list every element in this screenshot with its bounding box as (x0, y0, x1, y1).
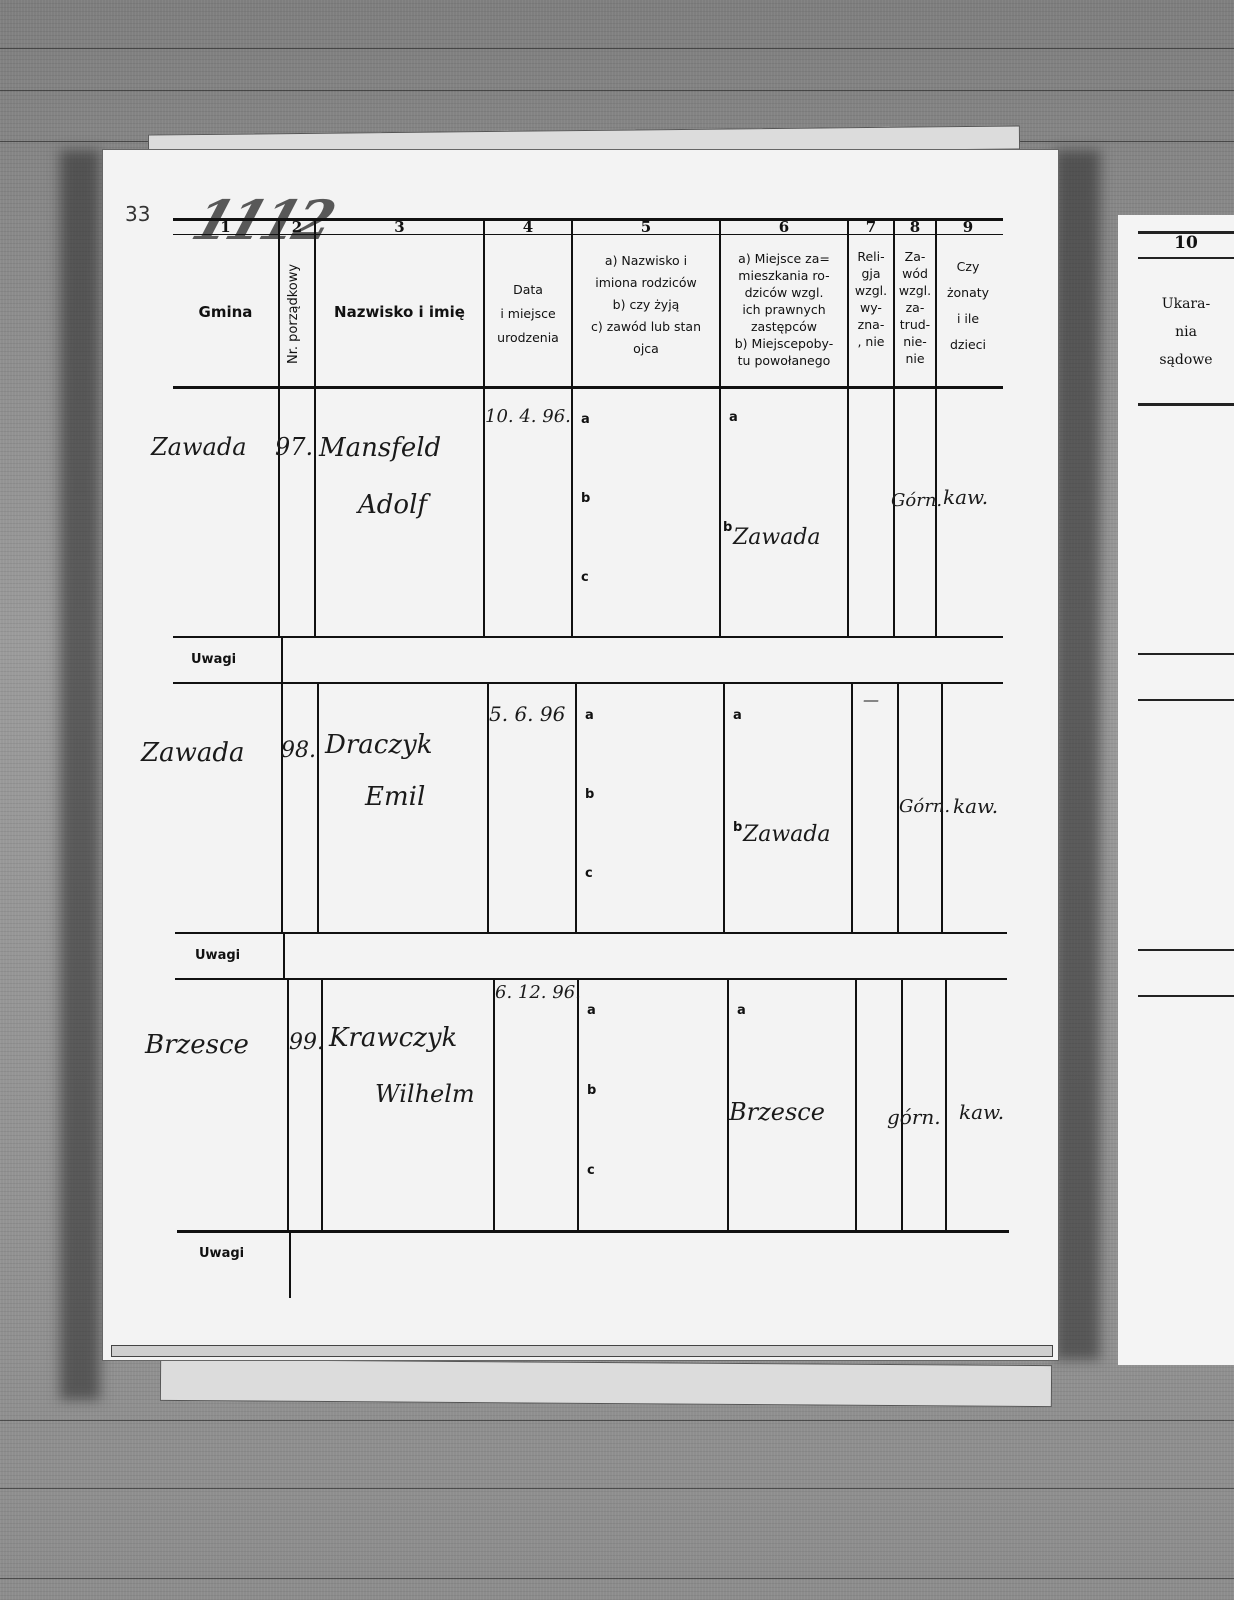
header-text: urodzenia (485, 326, 571, 350)
column-rule (723, 684, 725, 932)
header-text: Data (485, 278, 571, 302)
remarks-rule (289, 1230, 291, 1298)
header-text: mieszkania ro- (721, 267, 847, 284)
column-rule (847, 220, 849, 636)
header-nr: Nr. porządkowy (286, 254, 304, 364)
column-number-10: 10 (1138, 233, 1234, 253)
header-text: wzgl. (849, 282, 893, 299)
entry-residence-b: Zawada (733, 525, 821, 550)
column-rule (493, 980, 495, 1230)
entry-married: kaw. (959, 1100, 1004, 1124)
sub-letter-a: a (587, 1003, 596, 1018)
column-number-2: 2 (280, 218, 314, 236)
header-married: Czy żonaty i ile dzieci (937, 254, 999, 358)
header-text: trud- (895, 316, 935, 333)
entry-given-name: Emil (365, 782, 425, 812)
header-text: nie- (895, 333, 935, 350)
header-text: i ile (937, 306, 999, 332)
header-text: żonaty (937, 280, 999, 306)
row-rule (175, 932, 1007, 934)
column-rule (893, 220, 895, 636)
remarks-rule (281, 636, 283, 684)
header-text: zastępców (721, 318, 847, 335)
page-shadow (1055, 150, 1100, 1360)
column-rule (287, 980, 289, 1230)
header-text: Ukara- (1138, 290, 1234, 318)
header-text: , nie (849, 333, 893, 350)
header-text: wód (895, 265, 935, 282)
header-text: Za- (895, 248, 935, 265)
header-text: i miejsce (485, 302, 571, 326)
header-text: wy- (849, 299, 893, 316)
header-text: zna- (849, 316, 893, 333)
column-number-3: 3 (316, 218, 483, 236)
column-rule (855, 980, 857, 1230)
register-page: 33 1112 1 2 3 4 5 6 7 8 9 Gmina Nr. porz… (103, 150, 1058, 1360)
entry-occupation: górn. (887, 1105, 941, 1129)
header-text: b) czy żyją (573, 294, 719, 316)
entry-gmina: Brzesce (145, 1030, 249, 1060)
page-bottom-edge (111, 1345, 1053, 1357)
header-text: tu powołanego (721, 352, 847, 369)
column-number-1: 1 (173, 218, 278, 236)
header-rule (1138, 403, 1234, 406)
column-number-4: 4 (485, 218, 571, 236)
row-rule (175, 978, 1007, 980)
sub-letter-a: a (581, 412, 590, 427)
page-shadow (60, 150, 100, 1400)
sub-letter-b: b (587, 1083, 596, 1098)
header-text: dziców wzgl. (721, 284, 847, 301)
sub-letter-a: a (733, 708, 742, 723)
column-rule (317, 684, 319, 932)
entry-gmina: Zawada (141, 738, 244, 768)
header-occupation: Za- wód wzgl. za- trud- nie- nie (895, 248, 935, 367)
entry-occupation: Górn. (899, 796, 950, 817)
remarks-label: Uwagi (195, 948, 240, 963)
entry-surname: Mansfeld (319, 433, 441, 463)
entry-married: kaw. (953, 794, 998, 818)
entry-nr: 97. (275, 433, 313, 461)
entry-birth-date: 6. 12. 96. (495, 982, 581, 1003)
entry-married: kaw. (943, 485, 988, 509)
remarks-label: Uwagi (191, 652, 236, 667)
entry-gmina: Zawada (151, 433, 247, 461)
entry-residence-b: Zawada (743, 822, 831, 847)
column-rule (281, 684, 283, 932)
header-text: Reli- (849, 248, 893, 265)
row-rule (177, 1230, 1009, 1233)
column-number-7: 7 (849, 218, 893, 236)
header-text: ich prawnych (721, 301, 847, 318)
header-text: b) Miejscepoby- (721, 335, 847, 352)
header-text: za- (895, 299, 935, 316)
entry-birth-date: 5. 6. 96 (489, 702, 565, 726)
column-number-9: 9 (937, 218, 999, 236)
entry-religion: — (863, 690, 879, 709)
column-number-6: 6 (721, 218, 847, 236)
entry-occupation: Górn. (891, 490, 942, 511)
header-religion: Reli- gja wzgl. wy- zna- , nie (849, 248, 893, 350)
sub-letter-b: b (581, 491, 590, 506)
sub-letter-c: c (581, 570, 589, 585)
header-parents: a) Nazwisko i imiona rodziców b) czy żyj… (573, 250, 719, 360)
header-text: nia (1138, 318, 1234, 346)
underlying-sheet (160, 1359, 1052, 1407)
remarks-label: Uwagi (199, 1246, 244, 1261)
header-text: sądowe (1138, 346, 1234, 374)
header-text: wzgl. (895, 282, 935, 299)
row-rule (173, 682, 1003, 684)
sub-letter-a: a (585, 708, 594, 723)
scan-line (0, 1488, 1234, 1489)
entry-surname: Krawczyk (329, 1023, 457, 1053)
header-text: dzieci (937, 332, 999, 358)
sub-letter-b: b (585, 787, 594, 802)
column-rule (314, 220, 316, 636)
header-col10: Ukara- nia sądowe (1138, 290, 1234, 374)
scan-line (0, 1420, 1234, 1421)
remarks-rule (283, 932, 285, 980)
column-rule (575, 684, 577, 932)
column-rule (278, 220, 280, 636)
header-text: ojca (573, 338, 719, 360)
row-rule (1138, 653, 1234, 655)
entry-birth-date: 10. 4. 96. (485, 406, 571, 427)
entry-nr: 99. (289, 1030, 324, 1055)
header-birth: Data i miejsce urodzenia (485, 278, 571, 350)
column-rule (719, 220, 721, 636)
column-rule (945, 980, 947, 1230)
page-number: 33 (125, 202, 150, 226)
sub-letter-c: c (585, 866, 593, 881)
entry-surname: Draczyk (325, 730, 432, 760)
column-rule (483, 220, 485, 636)
header-text: a) Miejsce za= (721, 250, 847, 267)
column-rule (577, 980, 579, 1230)
scan-line (0, 1578, 1234, 1579)
sub-letter-a: a (737, 1003, 746, 1018)
entry-nr: 98. (281, 738, 316, 763)
scan-line (0, 90, 1234, 91)
header-text: gja (849, 265, 893, 282)
entry-given-name: Adolf (358, 490, 427, 520)
sub-letter-c: c (587, 1163, 595, 1178)
header-residence: a) Miejsce za= mieszkania ro- dziców wzg… (721, 250, 847, 369)
header-text: nie (895, 350, 935, 367)
header-text: c) zawód lub stan (573, 316, 719, 338)
sub-letter-b: b (733, 820, 742, 835)
row-rule (173, 636, 1003, 638)
row-rule (1138, 699, 1234, 701)
header-text: imiona rodziców (573, 272, 719, 294)
header-bottom-rule (173, 386, 1003, 389)
header-text: a) Nazwisko i (573, 250, 719, 272)
header-rule (1138, 257, 1234, 259)
sub-letter-a: a (729, 410, 738, 425)
header-text: Czy (937, 254, 999, 280)
scan-line (0, 48, 1234, 49)
entry-given-name: Wilhelm (375, 1080, 475, 1108)
column-rule (321, 980, 323, 1230)
header-name: Nazwisko i imię (316, 303, 483, 321)
row-rule (1138, 995, 1234, 997)
column-number-8: 8 (895, 218, 935, 236)
column-rule (851, 684, 853, 932)
column-number-5: 5 (573, 218, 719, 236)
column-rule (571, 220, 573, 636)
sub-letter-b: b (723, 520, 732, 535)
adjacent-page: 10 Ukara- nia sądowe (1118, 215, 1234, 1365)
column-rule (935, 220, 937, 636)
entry-residence-b: Brzesce (729, 1098, 825, 1126)
row-rule (1138, 949, 1234, 951)
header-gmina: Gmina (173, 303, 278, 321)
